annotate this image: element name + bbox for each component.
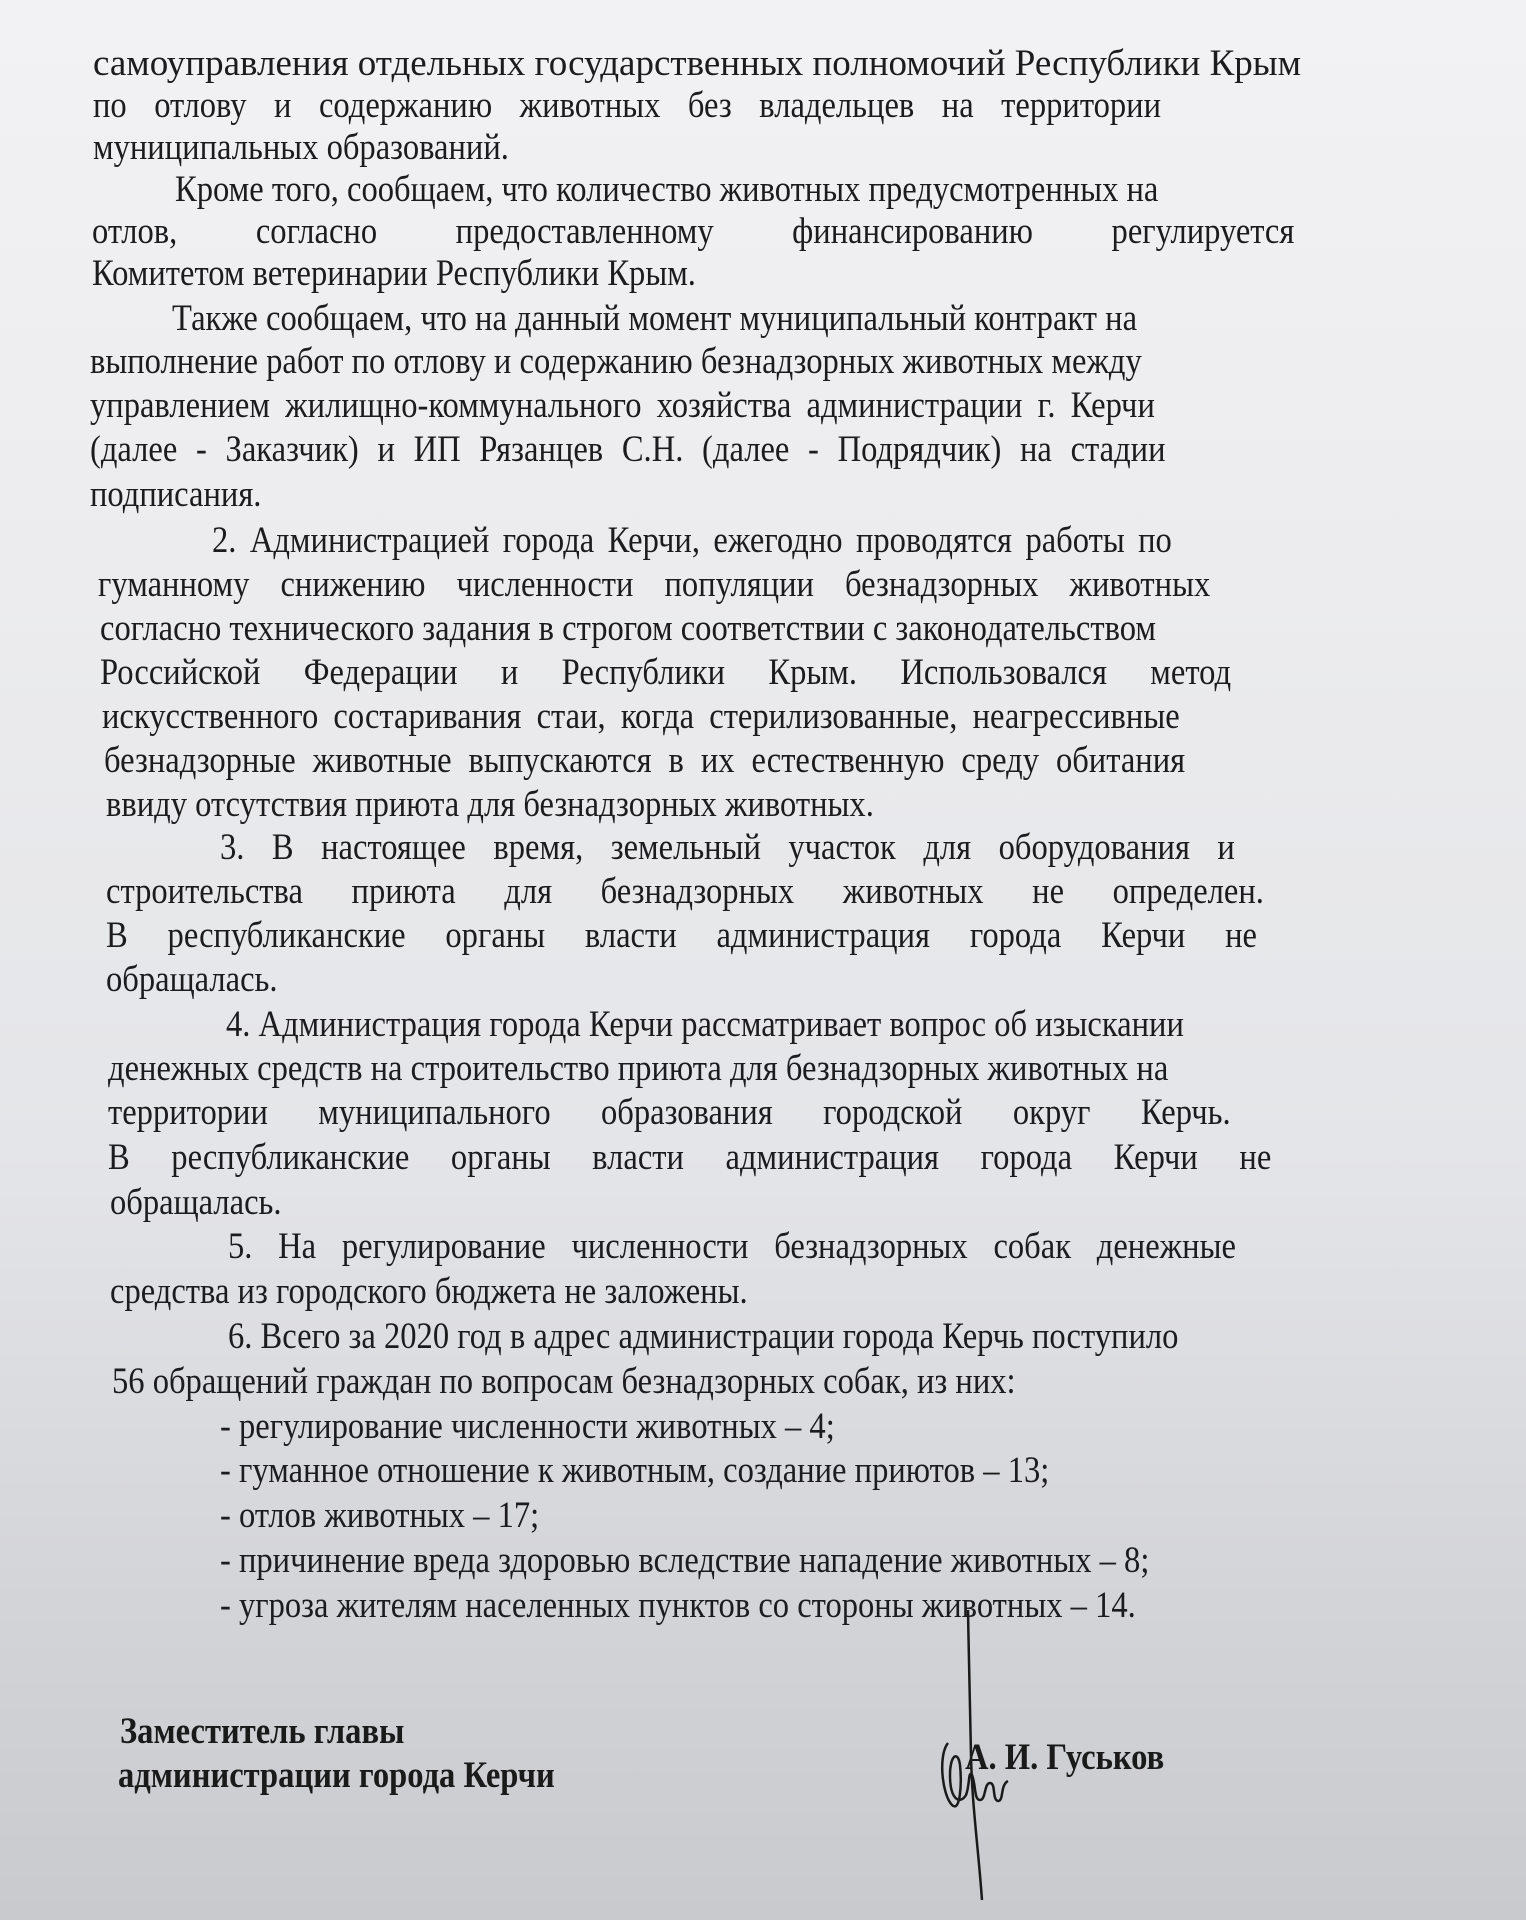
signatory-title-line2: администрации города Керчи bbox=[118, 1752, 555, 1800]
text-line: 56 обращений граждан по вопросам безнадз… bbox=[112, 1360, 1016, 1404]
line-text: согласно технического задания в строгом … bbox=[100, 608, 1156, 649]
text-line: подписания. bbox=[90, 473, 261, 517]
line-text: подписания. bbox=[90, 474, 261, 515]
line-text: безнадзорные животные выпускаются в их е… bbox=[104, 740, 1185, 781]
list-item-text: - гуманное отношение к животным, создани… bbox=[220, 1450, 1049, 1491]
text-line: муниципальных образований. bbox=[93, 126, 509, 170]
text-line: управлением жилищно-коммунального хозяйс… bbox=[90, 384, 1155, 428]
line-text: 56 обращений граждан по вопросам безнадз… bbox=[112, 1361, 1016, 1402]
line-text: самоуправления отдельных государственных… bbox=[93, 42, 1301, 86]
text-line: согласно технического задания в строгом … bbox=[100, 607, 1156, 651]
line-text: (далее - Заказчик) и ИП Рязанцев С.Н. (д… bbox=[90, 429, 1166, 470]
text-line: территории муниципального образования го… bbox=[108, 1091, 1231, 1135]
text-line: искусственного состаривания стаи, когда … bbox=[102, 695, 1180, 739]
text-line: выполнение работ по отлову и содержанию … bbox=[90, 340, 1142, 384]
line-text: строительства приюта для безнадзорных жи… bbox=[106, 871, 1264, 912]
text-line: обращалась. bbox=[110, 1181, 282, 1225]
text-line: (далее - Заказчик) и ИП Рязанцев С.Н. (д… bbox=[90, 428, 1166, 472]
text-line: Комитетом ветеринарии Республики Крым. bbox=[92, 252, 696, 296]
line-text: выполнение работ по отлову и содержанию … bbox=[90, 341, 1142, 382]
line-text: В республиканские органы власти админист… bbox=[106, 915, 1257, 956]
line-text: Комитетом ветеринарии Республики Крым. bbox=[92, 253, 696, 294]
text-line: Российской Федерации и Республики Крым. … bbox=[100, 651, 1231, 695]
text-line: В республиканские органы власти админист… bbox=[106, 914, 1257, 958]
text-line: самоуправления отдельных государственных… bbox=[93, 42, 1120, 86]
line-text: по отлову и содержанию животных без влад… bbox=[93, 85, 1161, 126]
text-line: безнадзорные животные выпускаются в их е… bbox=[104, 739, 1185, 783]
list-item: - отлов животных – 17; bbox=[220, 1494, 539, 1538]
line-text: 6. Всего за 2020 год в адрес администрац… bbox=[228, 1316, 1178, 1357]
text-line: отлов, согласно предоставленному финанси… bbox=[92, 210, 1294, 254]
line-text: Кроме того, сообщаем, что количество жив… bbox=[175, 169, 1158, 210]
list-item: - регулирование численности животных – 4… bbox=[220, 1405, 835, 1449]
list-item-text: - отлов животных – 17; bbox=[220, 1495, 539, 1536]
text-line: Также сообщаем, что на данный момент мун… bbox=[172, 297, 1137, 341]
signatory-name: А. И. Гуськов bbox=[965, 1736, 1164, 1779]
text-line: денежных средств на строительство приюта… bbox=[108, 1047, 1168, 1091]
line-text: отлов, согласно предоставленному финанси… bbox=[92, 211, 1294, 252]
line-text: ввиду отсутствия приюта для безнадзорных… bbox=[106, 784, 874, 825]
list-item-text: - регулирование численности животных – 4… bbox=[220, 1406, 835, 1447]
text-line: 4. Администрация города Керчи рассматрив… bbox=[226, 1003, 1184, 1047]
text-line: средства из городского бюджета не заложе… bbox=[110, 1270, 748, 1314]
text-line: В республиканские органы власти админист… bbox=[108, 1136, 1271, 1180]
line-text: средства из городского бюджета не заложе… bbox=[110, 1271, 748, 1312]
line-text: обращалась. bbox=[110, 1182, 282, 1223]
text-line: 6. Всего за 2020 год в адрес администрац… bbox=[228, 1315, 1178, 1359]
line-text: муниципальных образований. bbox=[93, 127, 509, 168]
text-line: 3. В настоящее время, земельный участок … bbox=[220, 826, 1235, 870]
text-line: строительства приюта для безнадзорных жи… bbox=[106, 870, 1264, 914]
document-page: самоуправления отдельных государственных… bbox=[0, 0, 1526, 1920]
line-text: В республиканские органы власти админист… bbox=[108, 1137, 1271, 1178]
line-text: Также сообщаем, что на данный момент мун… bbox=[172, 298, 1137, 339]
line-text: 3. В настоящее время, земельный участок … bbox=[220, 827, 1235, 868]
text-line: гуманному снижению численности популяции… bbox=[98, 563, 1210, 607]
text-line: Кроме того, сообщаем, что количество жив… bbox=[175, 168, 1158, 212]
list-item: - причинение вреда здоровью вследствие н… bbox=[220, 1539, 1149, 1583]
line-text: гуманному снижению численности популяции… bbox=[98, 564, 1210, 605]
line-text: обращалась. bbox=[106, 959, 278, 1000]
line-text: 2. Администрацией города Керчи, ежегодно… bbox=[212, 520, 1172, 561]
line-text: 4. Администрация города Керчи рассматрив… bbox=[226, 1004, 1184, 1045]
text-line: 5. На регулирование численности безнадзо… bbox=[228, 1225, 1236, 1269]
line-text: Российской Федерации и Республики Крым. … bbox=[100, 652, 1231, 693]
signatory-title-line1: Заместитель главы bbox=[120, 1708, 404, 1756]
line-text: 5. На регулирование численности безнадзо… bbox=[228, 1226, 1236, 1267]
line-text: искусственного состаривания стаи, когда … bbox=[102, 696, 1180, 737]
line-text: территории муниципального образования го… bbox=[108, 1092, 1231, 1133]
line-text: управлением жилищно-коммунального хозяйс… bbox=[90, 385, 1155, 426]
text-line: обращалась. bbox=[106, 958, 278, 1002]
list-item: - гуманное отношение к животным, создани… bbox=[220, 1449, 1049, 1493]
text-line: по отлову и содержанию животных без влад… bbox=[93, 84, 999, 128]
line-text: денежных средств на строительство приюта… bbox=[108, 1048, 1168, 1089]
text-line: ввиду отсутствия приюта для безнадзорных… bbox=[106, 783, 874, 827]
text-line: 2. Администрацией города Керчи, ежегодно… bbox=[212, 519, 1172, 563]
list-item-text: - причинение вреда здоровью вследствие н… bbox=[220, 1540, 1149, 1581]
